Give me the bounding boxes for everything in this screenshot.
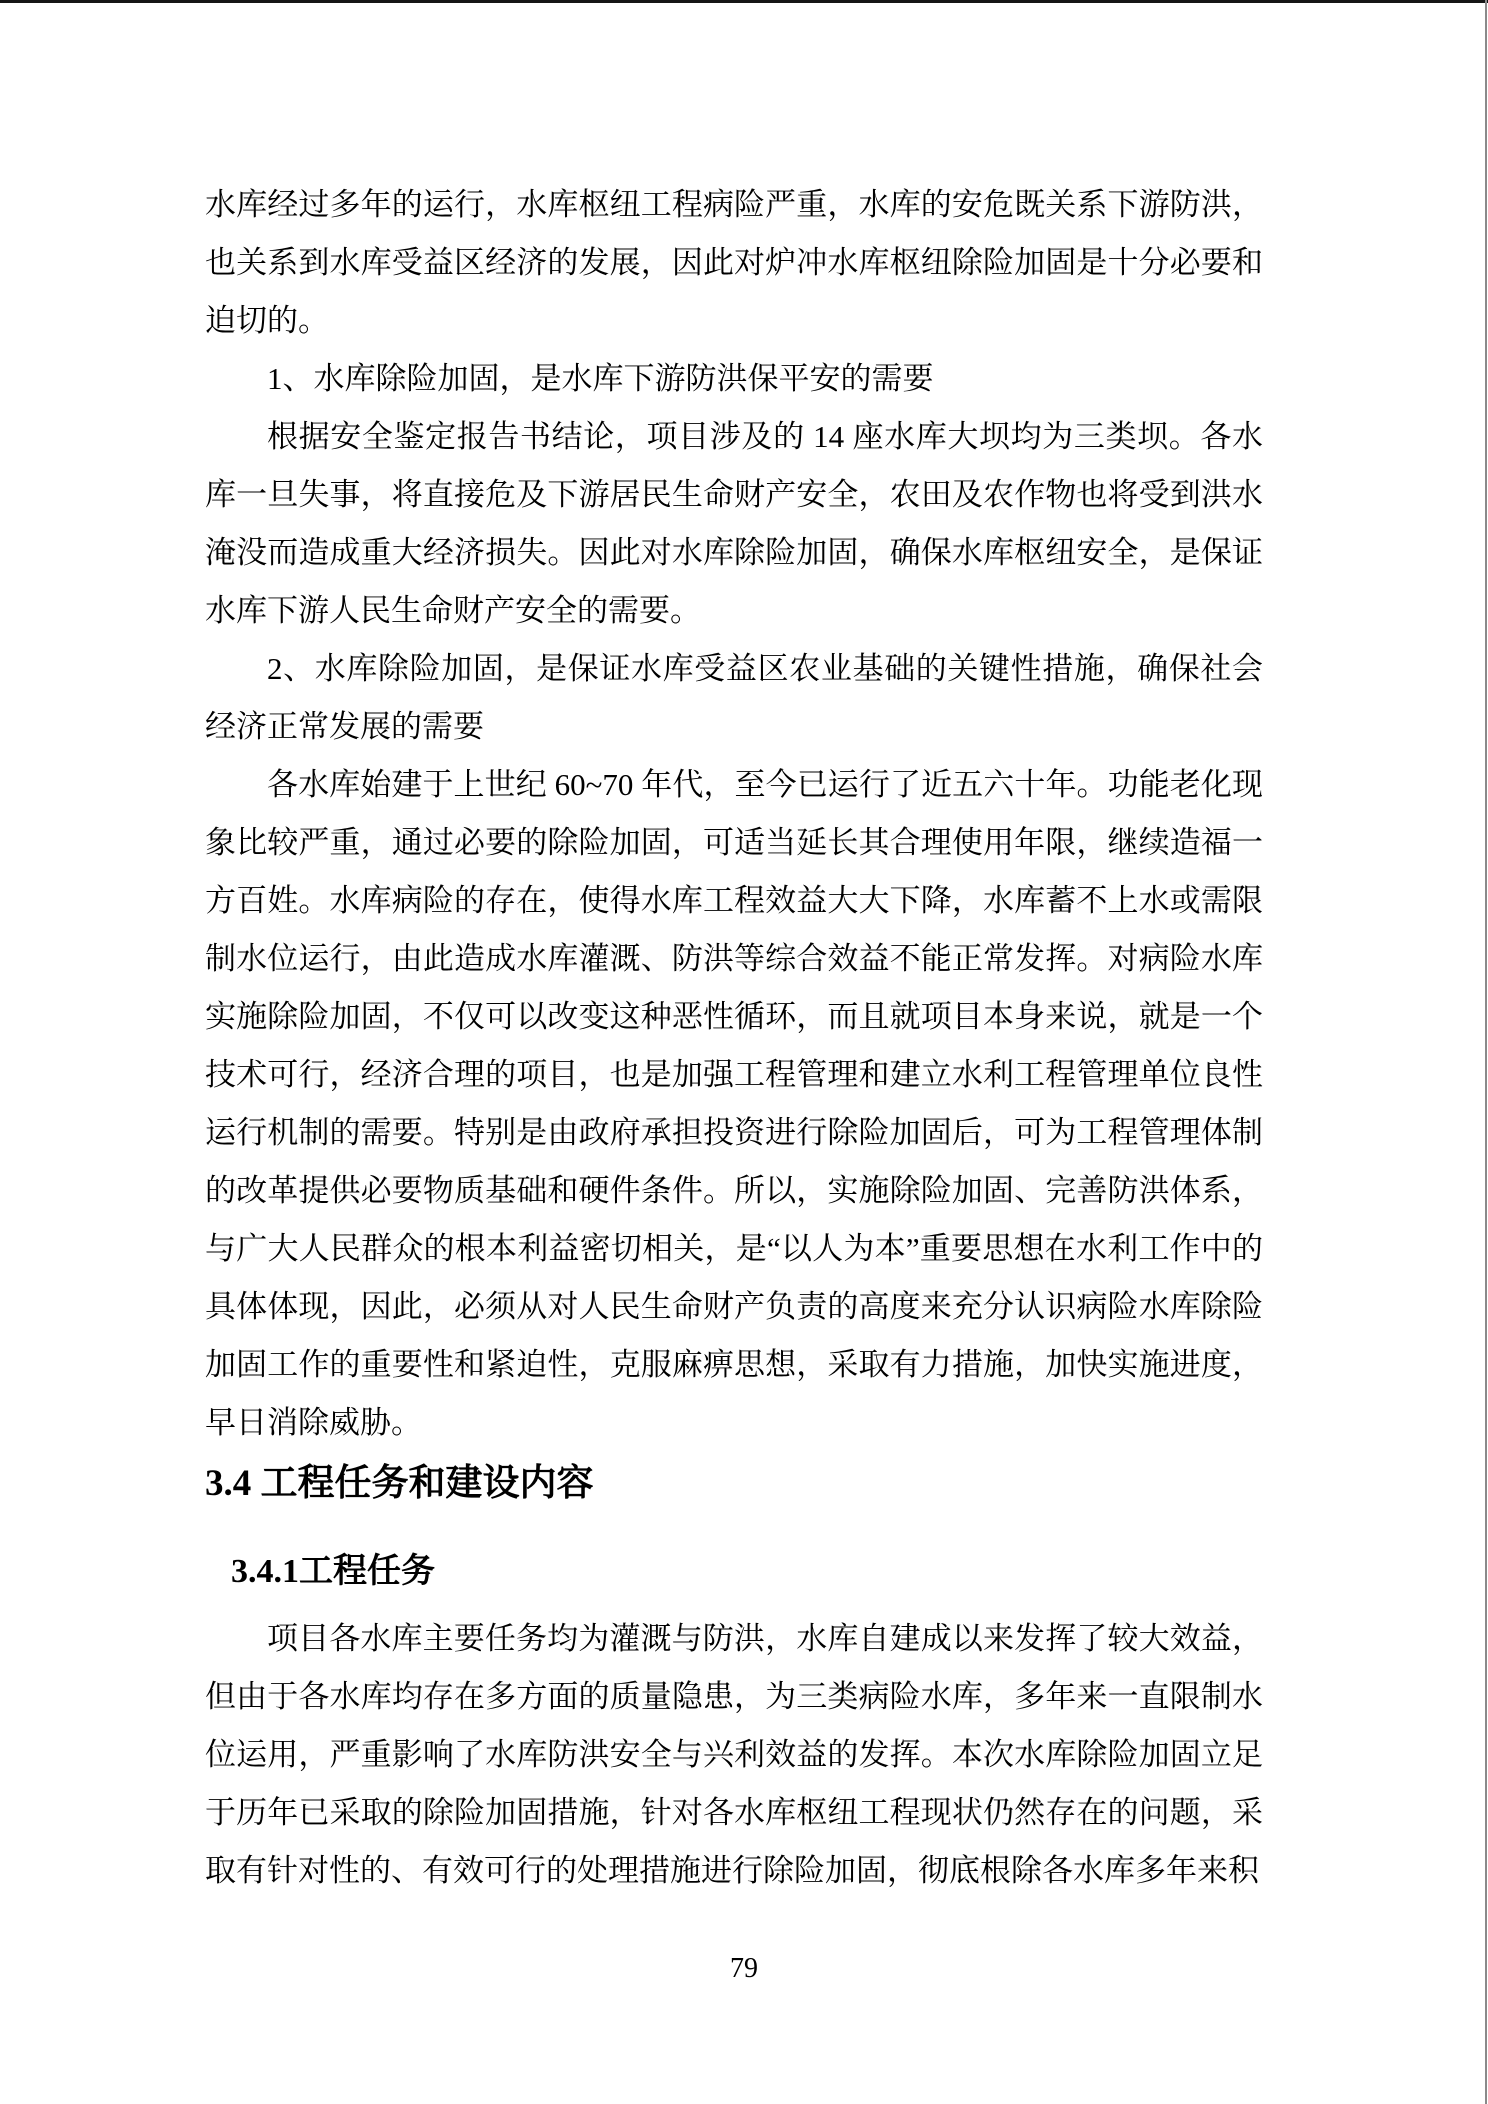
paragraph: 水库经过多年的运行，水库枢纽工程病险严重，水库的安危既关系下游防洪，也关系到水库… [205,176,1263,350]
paragraph: 项目各水库主要任务均为灌溉与防洪，水库自建成以来发挥了较大效益，但由于各水库均存… [205,1610,1263,1900]
paragraph: 根据安全鉴定报告书结论，项目涉及的 14 座水库大坝均为三类坝。各水库一旦失事，… [205,408,1263,640]
section-heading: 3.4 工程任务和建设内容 [205,1452,1263,1516]
paragraph: 1、水库除险加固，是水库下游防洪保平安的需要 [205,350,1263,408]
subsection-heading: 3.4.1工程任务 [231,1542,1263,1602]
scan-artifact-right-edge [1485,0,1487,2104]
paragraph: 各水库始建于上世纪 60~70 年代，至今已运行了近五六十年。功能老化现象比较严… [205,756,1263,1452]
paragraph: 2、水库除险加固，是保证水库受益区农业基础的关键性措施，确保社会经济正常发展的需… [205,640,1263,756]
scan-artifact-top-edge [0,0,1488,3]
page-number: 79 [0,1952,1488,1986]
document-page: 水库经过多年的运行，水库枢纽工程病险严重，水库的安危既关系下游防洪，也关系到水库… [0,0,1488,2104]
text-block: 水库经过多年的运行，水库枢纽工程病险严重，水库的安危既关系下游防洪，也关系到水库… [205,176,1263,1900]
